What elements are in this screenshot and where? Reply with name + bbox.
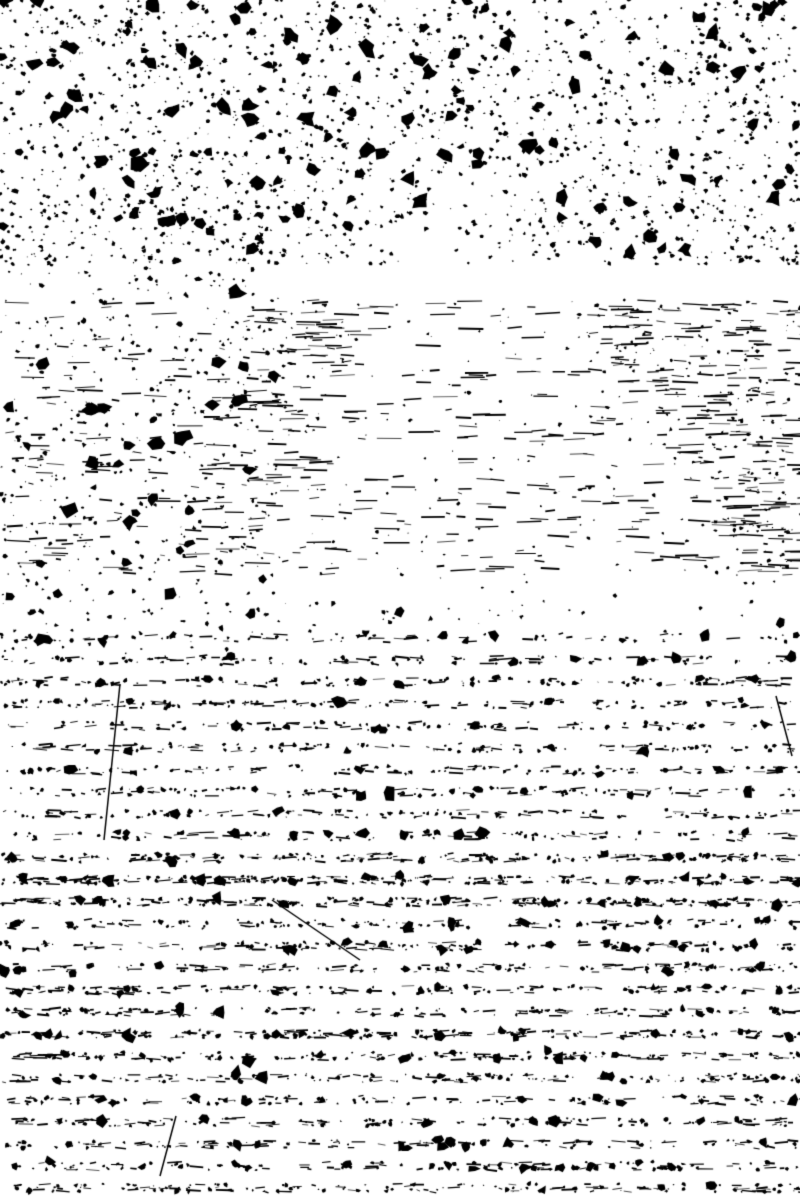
grunge-texture xyxy=(0,0,800,1200)
